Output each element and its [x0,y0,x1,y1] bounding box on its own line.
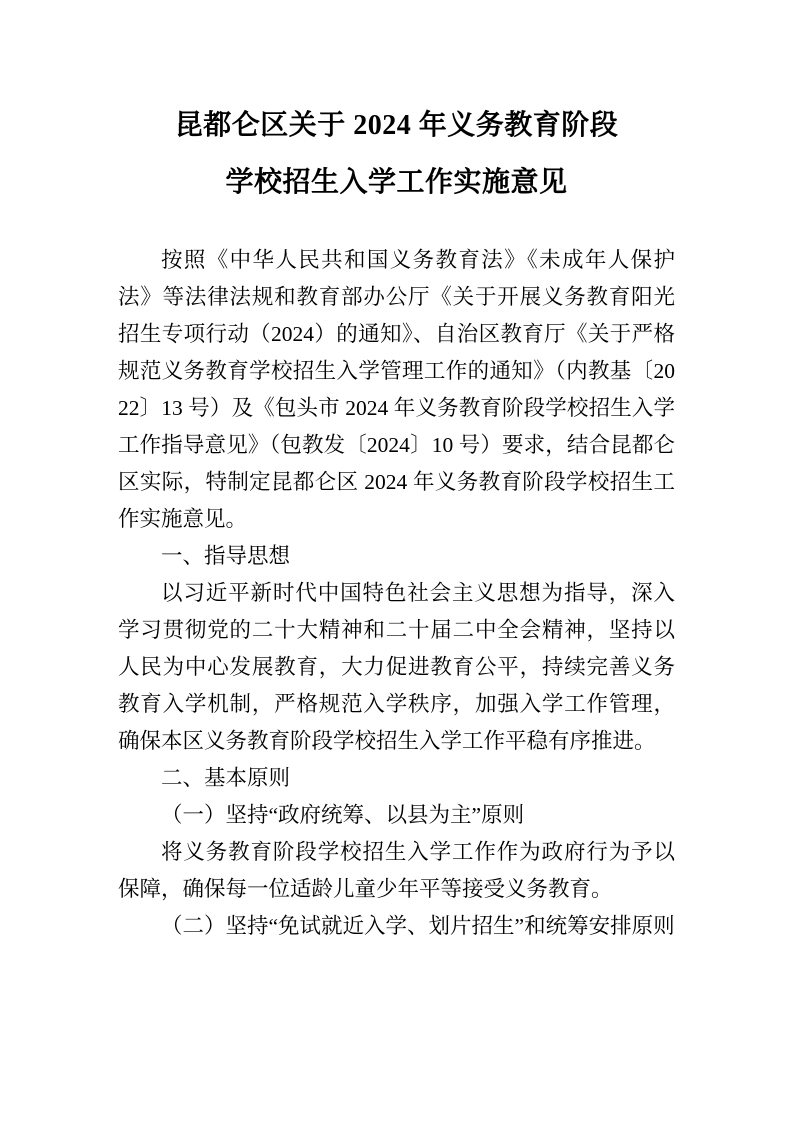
document-page: 昆都仑区关于 2024 年义务教育阶段 学校招生入学工作实施意见 按照《中华人民… [0,0,793,1122]
document-title-line-1: 昆都仑区关于 2024 年义务教育阶段 [118,97,675,154]
document-title-line-2: 学校招生入学工作实施意见 [118,154,675,211]
paragraph-guiding-ideology: 以习近平新时代中国特色社会主义思想为指导，深入学习贯彻党的二十大精神和二十届二中… [118,575,675,760]
paragraph-intro: 按照《中华人民共和国义务教育法》《未成年人保护法》等法律法规和教育部办公厅《关于… [118,242,675,538]
subitem-principle-1: （一）坚持“政府统筹、以县为主”原则 [118,797,675,834]
section-heading-2: 二、基本原则 [118,760,675,797]
paragraph-principle-1-detail: 将义务教育阶段学校招生入学工作作为政府行为予以保障，确保每一位适龄儿童少年平等接… [118,834,675,908]
document-body: 按照《中华人民共和国义务教育法》《未成年人保护法》等法律法规和教育部办公厅《关于… [118,242,675,945]
document-title: 昆都仑区关于 2024 年义务教育阶段 学校招生入学工作实施意见 [118,97,675,211]
section-heading-1: 一、指导思想 [118,538,675,575]
subitem-principle-2: （二）坚持“免试就近入学、划片招生”和统筹安排原则 [118,908,675,945]
